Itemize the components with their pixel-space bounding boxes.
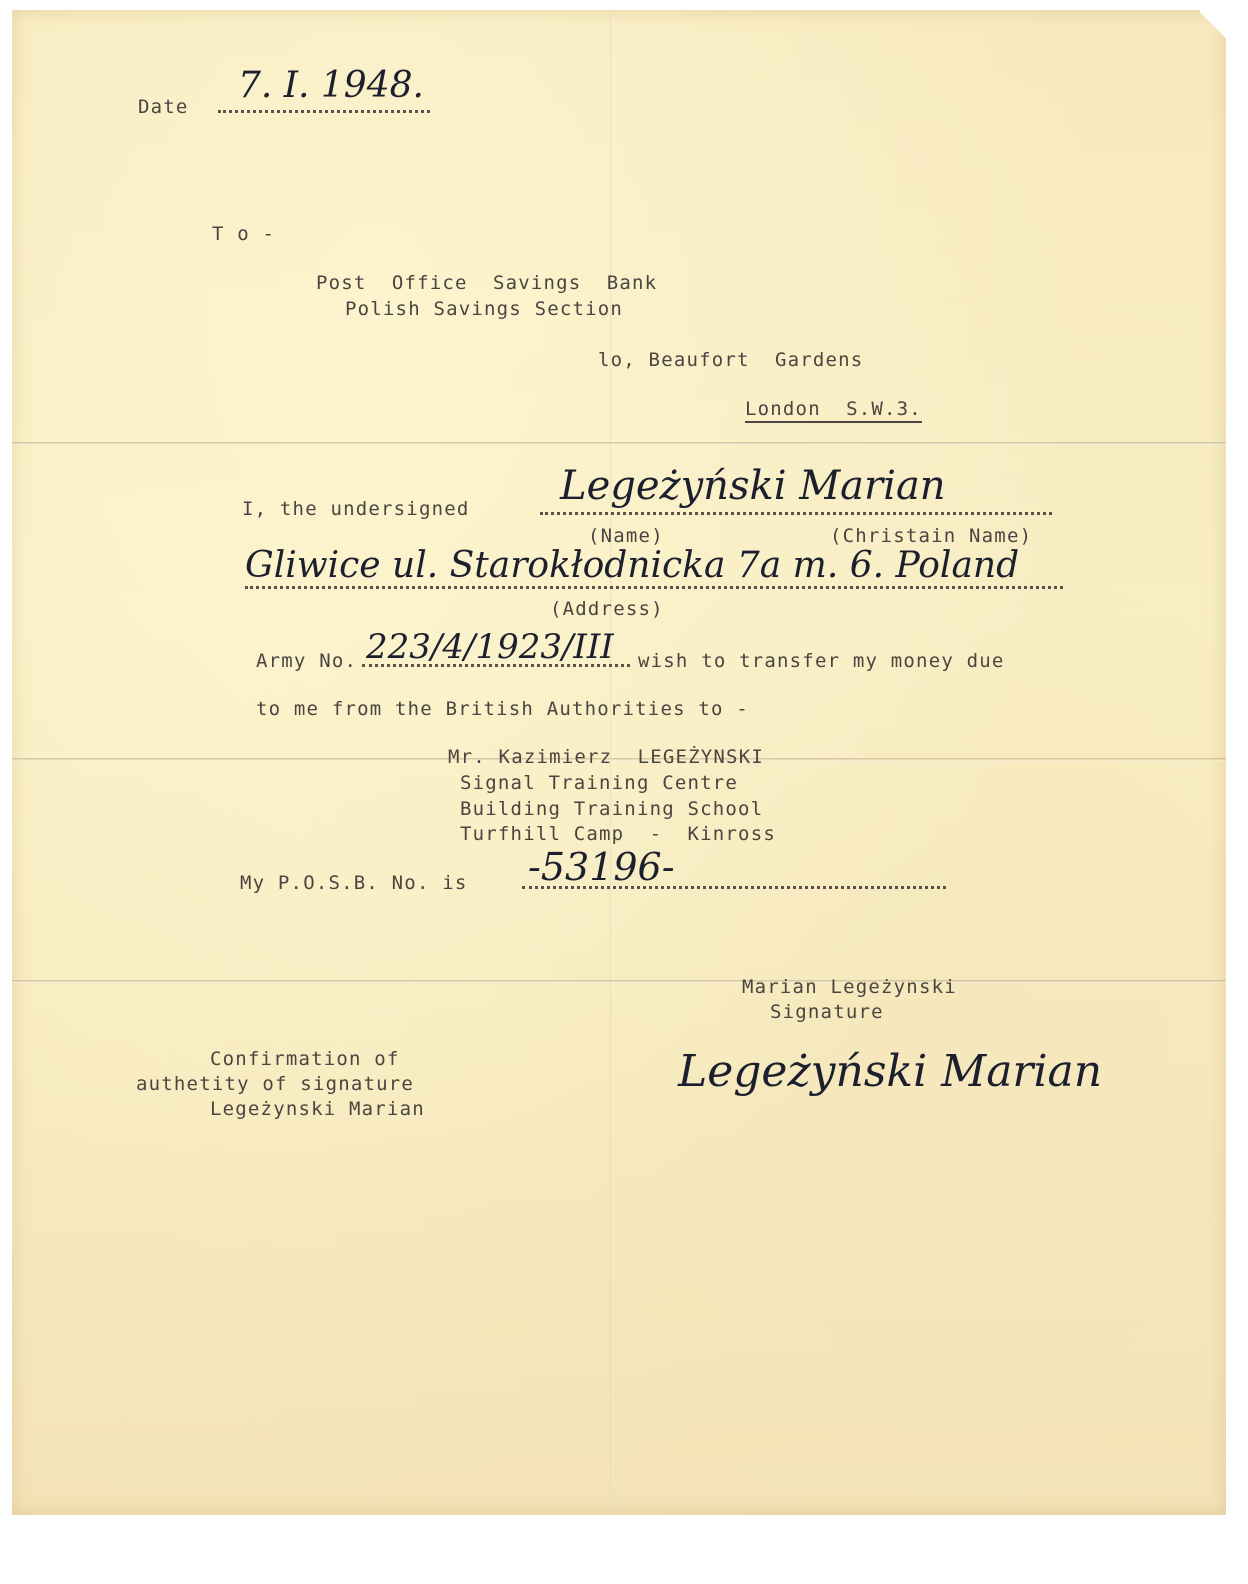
recipient-line-4: London S.W.3. <box>745 400 922 423</box>
christian-name-caption: (Christain Name) <box>830 527 1032 546</box>
recipient-line-3: lo, Beaufort Gardens <box>598 351 863 370</box>
confirmation-line-3: Legeżynski Marian <box>210 1100 425 1119</box>
signature-label: Signature <box>770 1003 884 1022</box>
to-label: T o - <box>212 225 275 244</box>
army-no-text-after: wish to transfer my money due <box>638 652 1005 671</box>
date-dotted-line <box>218 110 430 113</box>
address-value: Gliwice ul. Starokłodnicka 7a m. 6. Pola… <box>245 548 1019 584</box>
name-dotted-line <box>540 512 1052 515</box>
confirmation-line-2: authetity of signature <box>136 1075 414 1094</box>
signature-typed-name: Marian Legeżynski <box>742 978 957 997</box>
recipient-line-2: Polish Savings Section <box>345 300 623 319</box>
recipient-line-1: Post Office Savings Bank <box>316 274 657 293</box>
address-caption: (Address) <box>550 600 664 619</box>
transfer-line: to me from the British Authorities to - <box>256 700 749 719</box>
beneficiary-line-1: Mr. Kazimierz LEGEŻYNSKI <box>448 748 764 767</box>
army-no-label: Army No. <box>256 652 357 671</box>
fold-line <box>12 442 1226 445</box>
posb-value: -53196- <box>528 848 675 886</box>
handwritten-signature: Legeżyński Marian <box>678 1050 1102 1094</box>
undersigned-name: Legeżyński Marian <box>560 466 946 506</box>
confirmation-line-1: Confirmation of <box>210 1050 400 1069</box>
name-caption: (Name) <box>588 527 664 546</box>
beneficiary-line-2: Signal Training Centre <box>460 774 738 793</box>
army-no-value: 223/4/1923/III <box>366 630 614 664</box>
date-value: 7. I. 1948. <box>238 68 424 104</box>
address-dotted-line <box>245 586 1063 589</box>
date-label: Date <box>138 98 189 117</box>
beneficiary-line-3: Building Training School <box>460 800 763 819</box>
undersigned-label: I, the undersigned <box>242 500 470 519</box>
posb-label: My P.O.S.B. No. is <box>240 874 468 893</box>
beneficiary-line-4: Turfhill Camp - Kinross <box>460 825 776 844</box>
fold-line <box>12 980 1226 983</box>
